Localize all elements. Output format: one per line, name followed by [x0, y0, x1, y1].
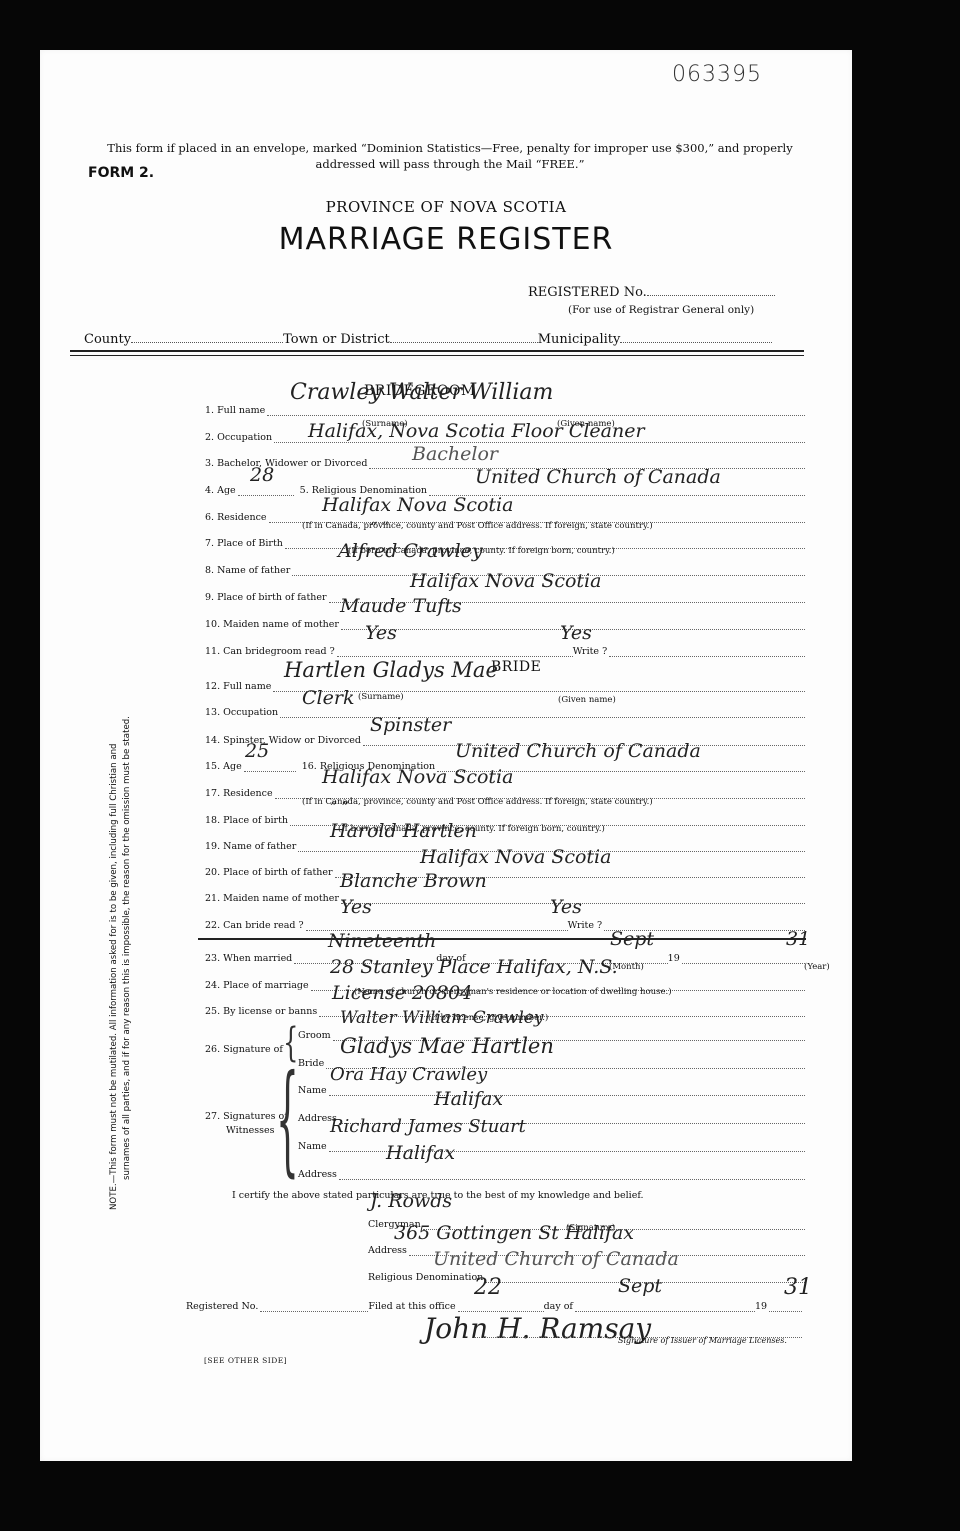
bride-read-label: 22. Can bride read ?: [205, 920, 304, 931]
bride-surname-note: (Surname): [358, 692, 404, 702]
groom-read-value[interactable]: Yes: [365, 622, 397, 644]
form-number: FORM 2.: [88, 165, 154, 181]
groom-read-label: 11. Can bridegroom read ?: [205, 646, 335, 657]
witness1-name-label: Name: [298, 1085, 327, 1096]
groom-father-birthplace-value[interactable]: Halifax Nova Scotia: [410, 570, 601, 592]
witnesses-label-line2: Witnesses: [226, 1125, 274, 1136]
municipality-label: Municipality: [538, 332, 621, 347]
bride-full-name-value[interactable]: Hartlen Gladys Mae: [284, 658, 498, 682]
witness2-address-value[interactable]: Halifax: [386, 1142, 455, 1164]
when-married-label: 23. When married: [205, 953, 292, 964]
bride-occupation-value[interactable]: Clerk: [302, 687, 354, 709]
bride-heading: BRIDE: [491, 659, 541, 675]
dotted-line: [682, 953, 805, 964]
groom-write-value[interactable]: Yes: [560, 622, 592, 644]
year-prefix: 19: [668, 953, 680, 964]
clergyman-address-label: Address: [368, 1245, 407, 1256]
county-label: County: [84, 332, 131, 347]
marriage-year-value[interactable]: 31: [786, 928, 810, 950]
clergyman-religion-value[interactable]: United Church of Canada: [433, 1248, 679, 1270]
town-label: Town or District: [283, 332, 390, 347]
side-note-line1: NOTE.—This form must not be mutilated. A…: [108, 716, 121, 1210]
dotted-line: [280, 707, 805, 718]
groom-full-name-label: 1. Full name: [205, 405, 265, 416]
county-blank[interactable]: [131, 342, 283, 343]
bride-status-value[interactable]: Spinster: [370, 714, 451, 736]
groom-birthplace-value[interactable]: “ ”: [370, 520, 389, 536]
groom-mother-row: 10. Maiden name of mother: [205, 614, 805, 630]
groom-father-value[interactable]: Alfred Crawley: [338, 540, 483, 562]
bride-status-label: 14. Spinster, Widow or Divorced: [205, 735, 361, 746]
bride-age-value[interactable]: 25: [245, 740, 269, 762]
groom-full-name-value[interactable]: Crawley Walter William: [290, 380, 553, 405]
bride-full-name-label: 12. Full name: [205, 681, 271, 692]
groom-mother-label: 10. Maiden name of mother: [205, 619, 339, 630]
bride-write-value[interactable]: Yes: [550, 896, 582, 918]
clergyman-religion-label: Religious Denomination: [368, 1272, 483, 1283]
groom-signature-value[interactable]: Walter William Crawley: [340, 1008, 544, 1028]
header-divider: [70, 350, 804, 356]
bride-residence-value[interactable]: Halifax Nova Scotia: [322, 766, 513, 788]
dotted-line: [339, 1169, 805, 1180]
dotted-line: [458, 1301, 544, 1312]
place-of-marriage-value[interactable]: 28 Stanley Place Halifax, N.S.: [330, 956, 618, 978]
groom-mother-value[interactable]: Maude Tufts: [340, 595, 462, 617]
bride-occupation-row: 13. Occupation: [205, 702, 805, 718]
bride-mother-value[interactable]: Blanche Brown: [340, 870, 487, 892]
bride-residence-label: 17. Residence: [205, 788, 273, 799]
groom-read-write-row: 11. Can bridegroom read ?Write ?: [205, 641, 805, 657]
mail-notice: This form if placed in an envelope, mark…: [100, 140, 800, 172]
license-value[interactable]: License 20804: [332, 982, 472, 1004]
province-heading: PROVINCE OF NOVA SCOTIA: [40, 198, 852, 216]
marriage-month-value[interactable]: Sept: [610, 928, 654, 950]
dotted-line: [329, 1085, 805, 1096]
witness2-address-label: Address: [298, 1169, 337, 1180]
bride-father-birthplace-value[interactable]: Halifax Nova Scotia: [420, 846, 611, 868]
groom-residence-value[interactable]: Halifax Nova Scotia: [322, 494, 513, 516]
bride-read-write-row: 22. Can bride read ?Write ?: [205, 915, 805, 931]
witness2-name-label: Name: [298, 1141, 327, 1152]
page-title: MARRIAGE REGISTER: [40, 222, 852, 257]
bride-read-value[interactable]: Yes: [340, 896, 372, 918]
groom-father-birthplace-label: 9. Place of birth of father: [205, 592, 327, 603]
groom-status-value[interactable]: Bachelor: [412, 443, 498, 465]
groom-signature-label: Groom: [298, 1030, 331, 1041]
groom-residence-label: 6. Residence: [205, 512, 267, 523]
place-of-marriage-label: 24. Place of marriage: [205, 980, 309, 991]
registered-no-field: REGISTERED No.: [528, 285, 775, 300]
bride-residence-note: (If in Canada, province, county and Post…: [302, 797, 653, 807]
dotted-line: [769, 1301, 802, 1312]
brace-icon: {: [276, 1060, 299, 1180]
bride-occupation-label: 13. Occupation: [205, 707, 278, 718]
dotted-line: [337, 646, 573, 657]
bride-signature-label: Bride: [298, 1058, 324, 1069]
serial-number: 063395: [672, 62, 762, 87]
filing-year-prefix: 19: [755, 1301, 767, 1312]
location-row: CountyTown or DistrictMunicipality: [84, 332, 772, 347]
dotted-line: [609, 646, 805, 657]
side-note-line2: surnames of all parties, and if for any …: [121, 716, 134, 1210]
bride-birthplace-value[interactable]: ” ”: [330, 800, 349, 816]
witness1-address-value[interactable]: Halifax: [434, 1088, 503, 1110]
filing-day-value[interactable]: 22: [474, 1275, 502, 1300]
registered-no-note: (For use of Registrar General only): [568, 304, 754, 316]
see-other-side: [SEE OTHER SIDE]: [204, 1356, 287, 1365]
bride-mother-label: 21. Maiden name of mother: [205, 893, 339, 904]
bride-write-label: Write ?: [568, 920, 602, 931]
bride-age-label: 15. Age: [205, 761, 242, 772]
marriage-day-value[interactable]: Nineteenth: [328, 930, 436, 952]
signature-of-label: 26. Signature of: [205, 1044, 283, 1055]
groom-residence-note: (If in Canada, province, county and Post…: [302, 521, 653, 531]
bride-birthplace-label: 18. Place of birth: [205, 815, 288, 826]
groom-religion-value[interactable]: United Church of Canada: [475, 466, 721, 488]
bride-divider: [198, 938, 806, 940]
marriage-register-page: 063395 This form if placed in an envelop…: [40, 50, 852, 1461]
filed-label: Filed at this office: [368, 1301, 455, 1312]
groom-father-label: 8. Name of father: [205, 565, 290, 576]
dotted-line: [260, 1301, 368, 1312]
witness2-name-value[interactable]: Richard James Stuart: [330, 1116, 526, 1137]
year-note: (Year): [804, 962, 830, 972]
registered-no-blank[interactable]: [647, 295, 775, 296]
town-blank[interactable]: [390, 342, 538, 343]
groom-status-label: 3. Bachelor, Widower or Divorced: [205, 458, 367, 469]
dotted-line: [238, 485, 294, 496]
bride-religion-value[interactable]: United Church of Canada: [455, 740, 701, 762]
witness2-name-row: Name: [298, 1136, 805, 1152]
side-note: NOTE.—This form must not be mutilated. A…: [108, 716, 134, 1210]
bride-mother-row: 21. Maiden name of mother: [205, 888, 805, 904]
dotted-line: [267, 405, 805, 416]
bride-father-value[interactable]: Harold Hartlen: [330, 820, 477, 842]
witness1-name-value[interactable]: Ora Hay Crawley: [330, 1064, 487, 1085]
groom-occupation-value[interactable]: Halifax, Nova Scotia Floor Cleaner: [308, 420, 645, 442]
dotted-line: [575, 1301, 755, 1312]
witness2-address-row: Address: [298, 1164, 805, 1180]
groom-birthplace-label: 7. Place of Birth: [205, 538, 283, 549]
dotted-line: [244, 761, 296, 772]
bride-father-label: 19. Name of father: [205, 841, 296, 852]
groom-write-label: Write ?: [573, 646, 607, 657]
groom-age-label: 4. Age: [205, 485, 236, 496]
groom-age-value[interactable]: 28: [250, 464, 274, 486]
clergyman-address-value[interactable]: 365 Gottingen St Halifax: [394, 1222, 634, 1244]
groom-occupation-label: 2. Occupation: [205, 432, 272, 443]
issuer-note: Signature of Issuer of Marriage Licenses…: [618, 1336, 787, 1345]
municipality-blank[interactable]: [620, 342, 772, 343]
filing-day-of-label: day of: [544, 1301, 573, 1312]
clergyman-signature-value[interactable]: J. Rowds: [370, 1190, 452, 1212]
filing-month-value[interactable]: Sept: [618, 1275, 662, 1297]
license-label: 25. By license or banns: [205, 1006, 317, 1017]
bride-signature-value[interactable]: Gladys Mae Hartlen: [340, 1034, 554, 1058]
filing-year-value[interactable]: 31: [784, 1275, 812, 1300]
registered-no-label: REGISTERED No.: [528, 285, 647, 300]
bride-father-birthplace-label: 20. Place of birth of father: [205, 867, 333, 878]
registered-no-label-bottom: Registered No.: [186, 1301, 258, 1312]
